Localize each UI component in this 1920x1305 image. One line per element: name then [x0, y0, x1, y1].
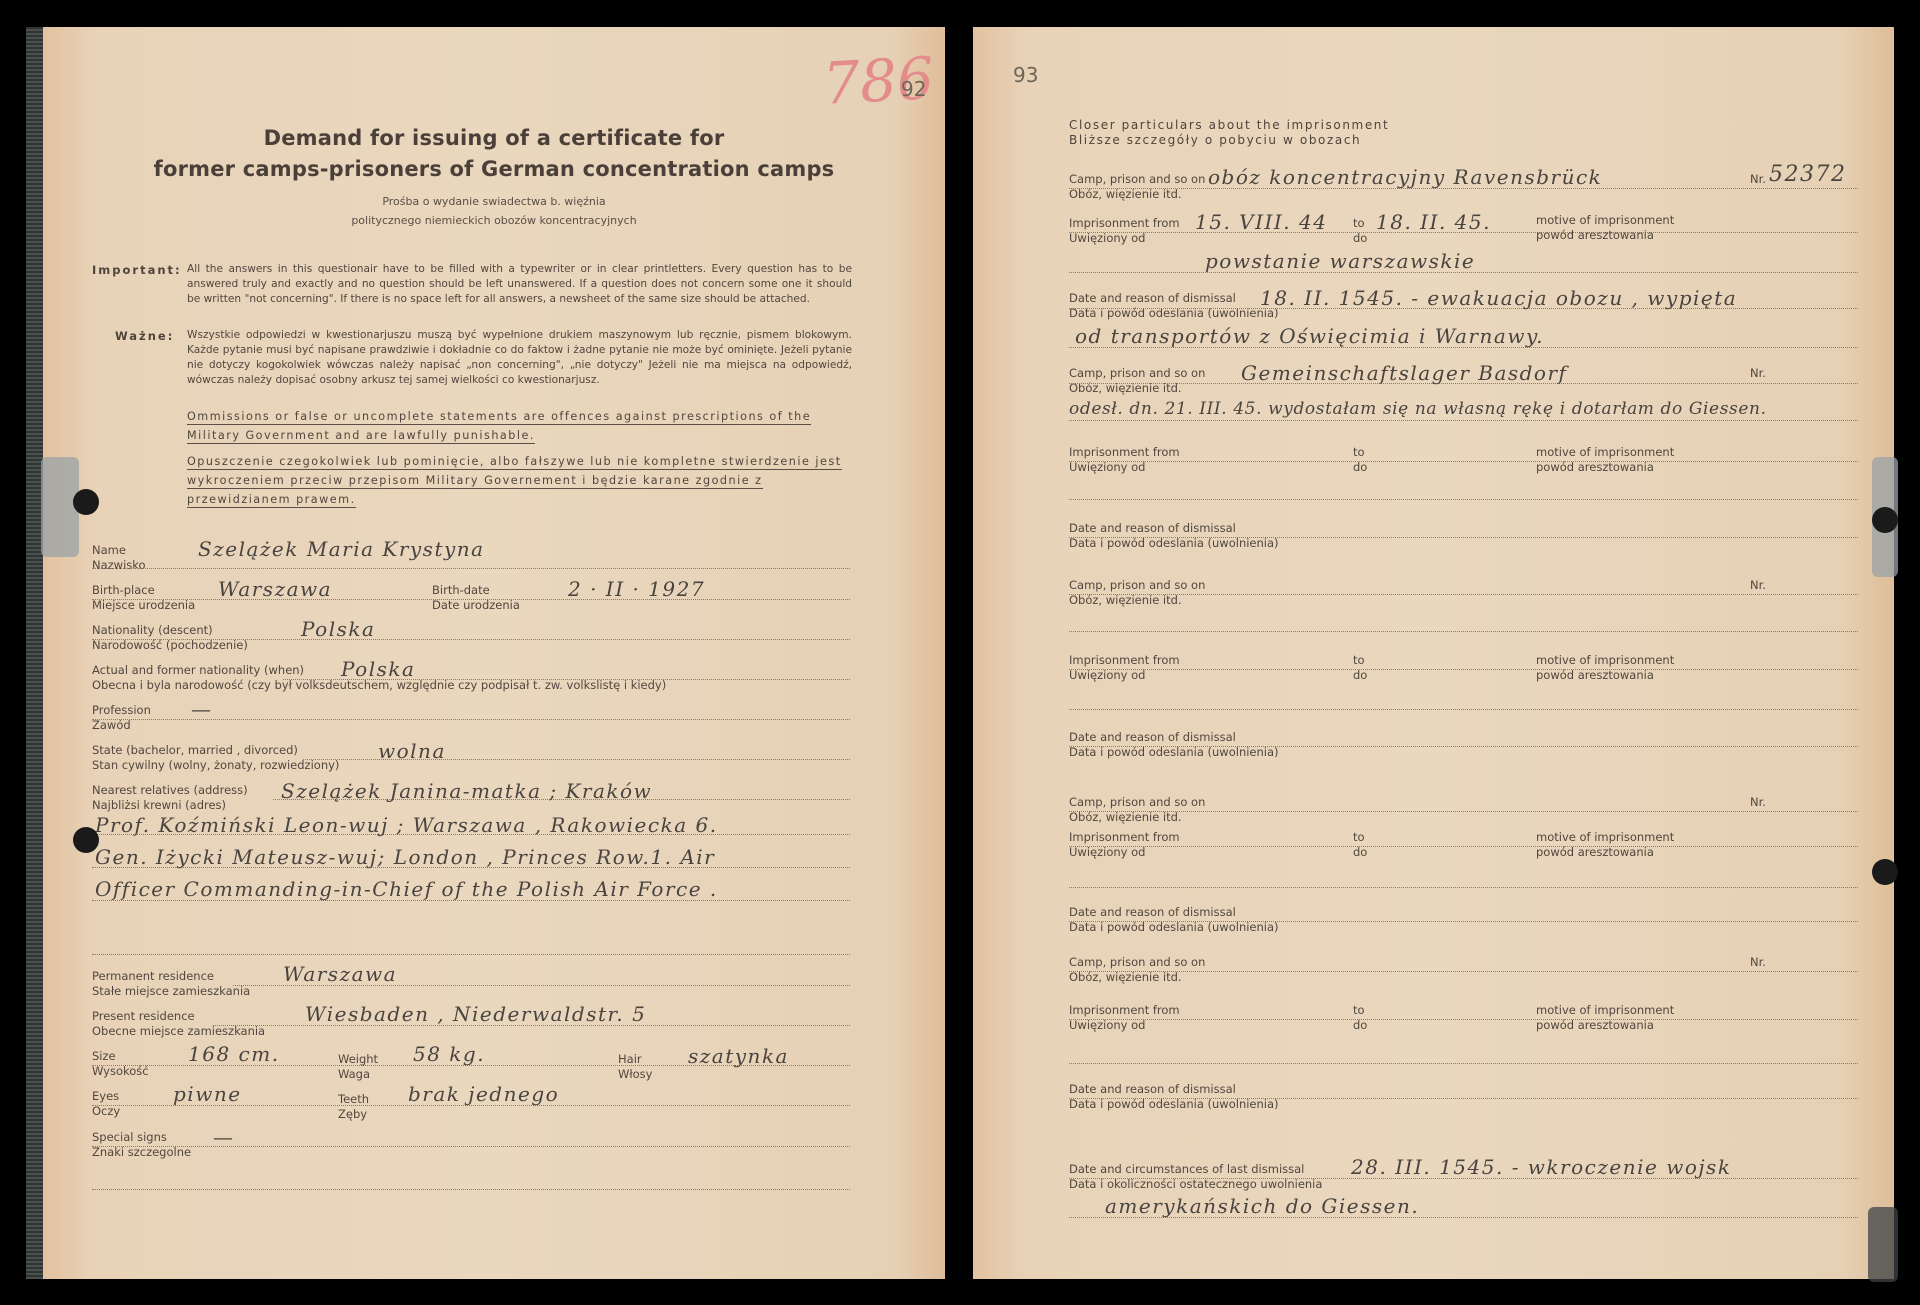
nr-label: Nr.	[1750, 795, 1766, 810]
size-value[interactable]: 168 cm.	[188, 1042, 280, 1066]
hair-label: HairWłosy	[618, 1052, 652, 1082]
teeth-label: TeethZęby	[338, 1092, 369, 1122]
dismissal-label: Date and reason of dismissalData i powód…	[1069, 1082, 1279, 1112]
from-value-1[interactable]: 15. VIII. 44	[1195, 210, 1327, 234]
camp-value-2[interactable]: Gemeinschaftslager Basdorf	[1241, 361, 1567, 385]
important-text: All the answers in this questionair have…	[187, 262, 852, 307]
nationality-label: Nationality (descent)Narodowość (pochodz…	[92, 623, 248, 653]
to-value-1[interactable]: 18. II. 45.	[1376, 210, 1491, 234]
last-dismissal-value-b[interactable]: amerykańskich do Giessen.	[1105, 1194, 1419, 1218]
relatives-label: Nearest relatives (address)Najbliżsi kre…	[92, 783, 248, 813]
motive-label: motive of imprisonmentpowód aresztowania	[1536, 213, 1674, 243]
birth-date-label: Birth-dateDate urodzenia	[432, 583, 520, 613]
punch-hole-bottom	[73, 827, 99, 853]
weight-label: WeightWaga	[338, 1052, 378, 1082]
punch-hole-top	[1872, 507, 1898, 533]
camp-label: Camp, prison and so onObóz, więzienie it…	[1069, 795, 1205, 825]
special-signs-label: Special signsZnaki szczegolne	[92, 1130, 191, 1160]
nr-label: Nr.	[1750, 578, 1766, 593]
birth-place-label: Birth-placeMiejsce urodzenia	[92, 583, 195, 613]
punch-hole-top	[73, 489, 99, 515]
from-label: Imprisonment fromUwięziony od	[1069, 445, 1180, 475]
relatives-line4[interactable]: Officer Commanding-in-Chief of the Polis…	[95, 877, 718, 901]
motive-value-1[interactable]: powstanie warszawskie	[1205, 249, 1475, 273]
from-label: Imprisonment fromUwięziony od	[1069, 1003, 1180, 1033]
nationality-value[interactable]: Polska	[301, 617, 375, 641]
subtitle-line1: Prośba o wydanie swiadectwa b. więźnia	[43, 195, 945, 208]
from-label: Imprisonment fromUwięziony od	[1069, 653, 1180, 683]
camp-value-1[interactable]: obóz koncentracyjny Ravensbrück	[1208, 165, 1602, 189]
hair-value[interactable]: szatynka	[688, 1044, 789, 1068]
note-value-2[interactable]: odesł. dn. 21. III. 45. wydostałam się n…	[1069, 399, 1767, 419]
prisoner-number[interactable]: 52372	[1769, 162, 1847, 187]
special-signs-value[interactable]: —	[213, 1125, 235, 1149]
page-title-line2: former camps-prisoners of German concent…	[43, 157, 945, 181]
birth-place-value[interactable]: Warszawa	[218, 577, 332, 601]
last-dismissal-label: Date and circumstances of last dismissal…	[1069, 1162, 1322, 1192]
relatives-line2[interactable]: Prof. Koźmiński Leon-wuj ; Warszawa , Ra…	[95, 813, 718, 837]
camp-label: Camp, prison and so onObóz, więzienie it…	[1069, 578, 1205, 608]
profession-label: ProfessionZawód	[92, 703, 151, 733]
paper-tear	[1868, 1207, 1898, 1282]
dismissal-label: Date and reason of dismissalData i powód…	[1069, 291, 1279, 321]
relatives-line1[interactable]: Szelążek Janina-matka ; Kraków	[281, 779, 652, 803]
teeth-value[interactable]: brak jednego	[408, 1082, 559, 1106]
wazne-label: Ważne:	[115, 329, 174, 343]
dismissal-value-1a[interactable]: 18. II. 1545. - ewakuacja obozu , wypięt…	[1260, 286, 1737, 310]
to-label: todo	[1353, 653, 1367, 683]
dismissal-label: Date and reason of dismissalData i powód…	[1069, 730, 1279, 760]
from-label: Imprisonment fromUwięziony od	[1069, 830, 1180, 860]
name-value[interactable]: Szelążek Maria Krystyna	[198, 537, 485, 561]
motive-label: motive of imprisonmentpowód aresztowania	[1536, 445, 1674, 475]
punch-hole-bottom	[1872, 859, 1898, 885]
permanent-residence-label: Permanent residenceStałe miejsce zamiesz…	[92, 969, 250, 999]
from-label: Imprisonment fromUwięziony od	[1069, 216, 1180, 246]
wazne-text: Wszystkie odpowiedzi w kwestionarjuszu m…	[187, 328, 852, 388]
eyes-value[interactable]: piwne	[173, 1082, 242, 1106]
present-residence-label: Present residenceObecne miejsce zamieszk…	[92, 1009, 265, 1039]
actual-nationality-value[interactable]: Polska	[341, 657, 415, 681]
to-label: todo	[1353, 445, 1367, 475]
page-title-line1: Demand for issuing of a certificate for	[43, 126, 945, 150]
binder-spine	[26, 27, 43, 1279]
state-value[interactable]: wolna	[378, 739, 446, 763]
profession-value[interactable]: —	[191, 697, 213, 721]
relatives-line3[interactable]: Gen. Iżycki Mateusz-wuj; London , Prince…	[95, 845, 715, 869]
motive-label: motive of imprisonmentpowód aresztowania	[1536, 653, 1674, 683]
right-page-imprisonment: 93 Closer particulars about the imprison…	[973, 27, 1894, 1279]
state-label: State (bachelor, married , divorced)Stan…	[92, 743, 339, 773]
present-residence-value[interactable]: Wiesbaden , Niederwaldstr. 5	[305, 1002, 646, 1026]
eyes-label: EyesOczy	[92, 1089, 120, 1119]
birth-date-value[interactable]: 2 · II · 1927	[568, 577, 705, 601]
to-label: todo	[1353, 830, 1367, 860]
dismissal-value-1b[interactable]: od transportów z Oświęcimia i Warnawy.	[1075, 324, 1544, 348]
dismissal-label: Date and reason of dismissalData i powód…	[1069, 521, 1279, 551]
warning-polish: Opuszczenie czegokolwiek lub pominięcie,…	[187, 452, 852, 509]
permanent-residence-value[interactable]: Warszawa	[283, 962, 397, 986]
nr-label: Nr.	[1750, 172, 1766, 187]
nr-label: Nr.	[1750, 366, 1766, 381]
section-heading: Closer particulars about the imprisonmen…	[1069, 118, 1389, 148]
size-label: SizeWysokość	[92, 1049, 149, 1079]
to-label: todo	[1353, 1003, 1367, 1033]
motive-label: motive of imprisonmentpowód aresztowania	[1536, 1003, 1674, 1033]
camp-label: Camp, prison and so onObóz, więzienie it…	[1069, 955, 1205, 985]
subtitle-line2: politycznego niemieckich obozów koncentr…	[43, 214, 945, 227]
camp-label: Camp, prison and so onObóz, więzienie it…	[1069, 172, 1205, 202]
motive-label: motive of imprisonmentpowód aresztowania	[1536, 830, 1674, 860]
pencil-page-number: 92	[901, 77, 926, 101]
warning-english: Ommissions or false or uncomplete statem…	[187, 407, 852, 445]
camp-label: Camp, prison and so onObóz, więzienie it…	[1069, 366, 1205, 396]
pencil-page-number: 93	[1013, 63, 1038, 87]
to-label: todo	[1353, 216, 1367, 246]
dismissal-label: Date and reason of dismissalData i powód…	[1069, 905, 1279, 935]
important-label: Important:	[92, 263, 182, 277]
weight-value[interactable]: 58 kg.	[413, 1042, 485, 1066]
nr-label: Nr.	[1750, 955, 1766, 970]
last-dismissal-value-a[interactable]: 28. III. 1545. - wkroczenie wojsk	[1351, 1155, 1731, 1179]
left-page-questionnaire: 786 92 Demand for issuing of a certifica…	[43, 27, 945, 1279]
